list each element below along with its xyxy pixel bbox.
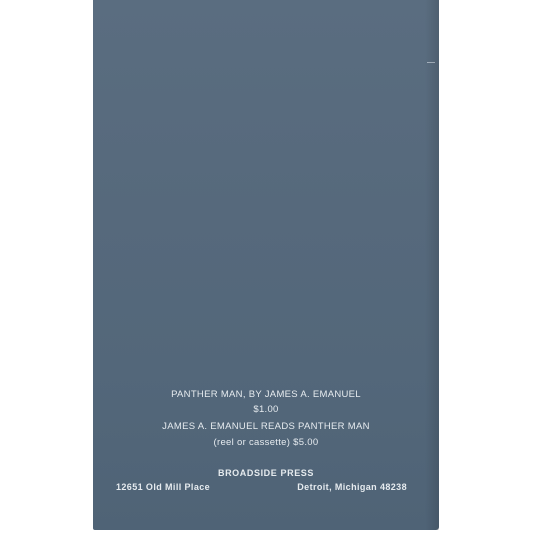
publisher-street: 12651 Old Mill Place [116,482,210,492]
book-price: $1.00 [93,404,439,415]
recording-title-line: JAMES A. EMANUEL READS PANTHER MAN [93,421,439,432]
publisher-name: BROADSIDE PRESS [93,468,439,478]
recording-price: (reel or cassette) $5.00 [93,437,439,448]
publisher-city: Detroit, Michigan 48238 [297,482,407,492]
book-title-line: PANTHER MAN, BY JAMES A. EMANUEL [93,389,439,400]
cover-crease [427,62,435,63]
book-back-cover: PANTHER MAN, BY JAMES A. EMANUEL $1.00 J… [93,0,439,530]
